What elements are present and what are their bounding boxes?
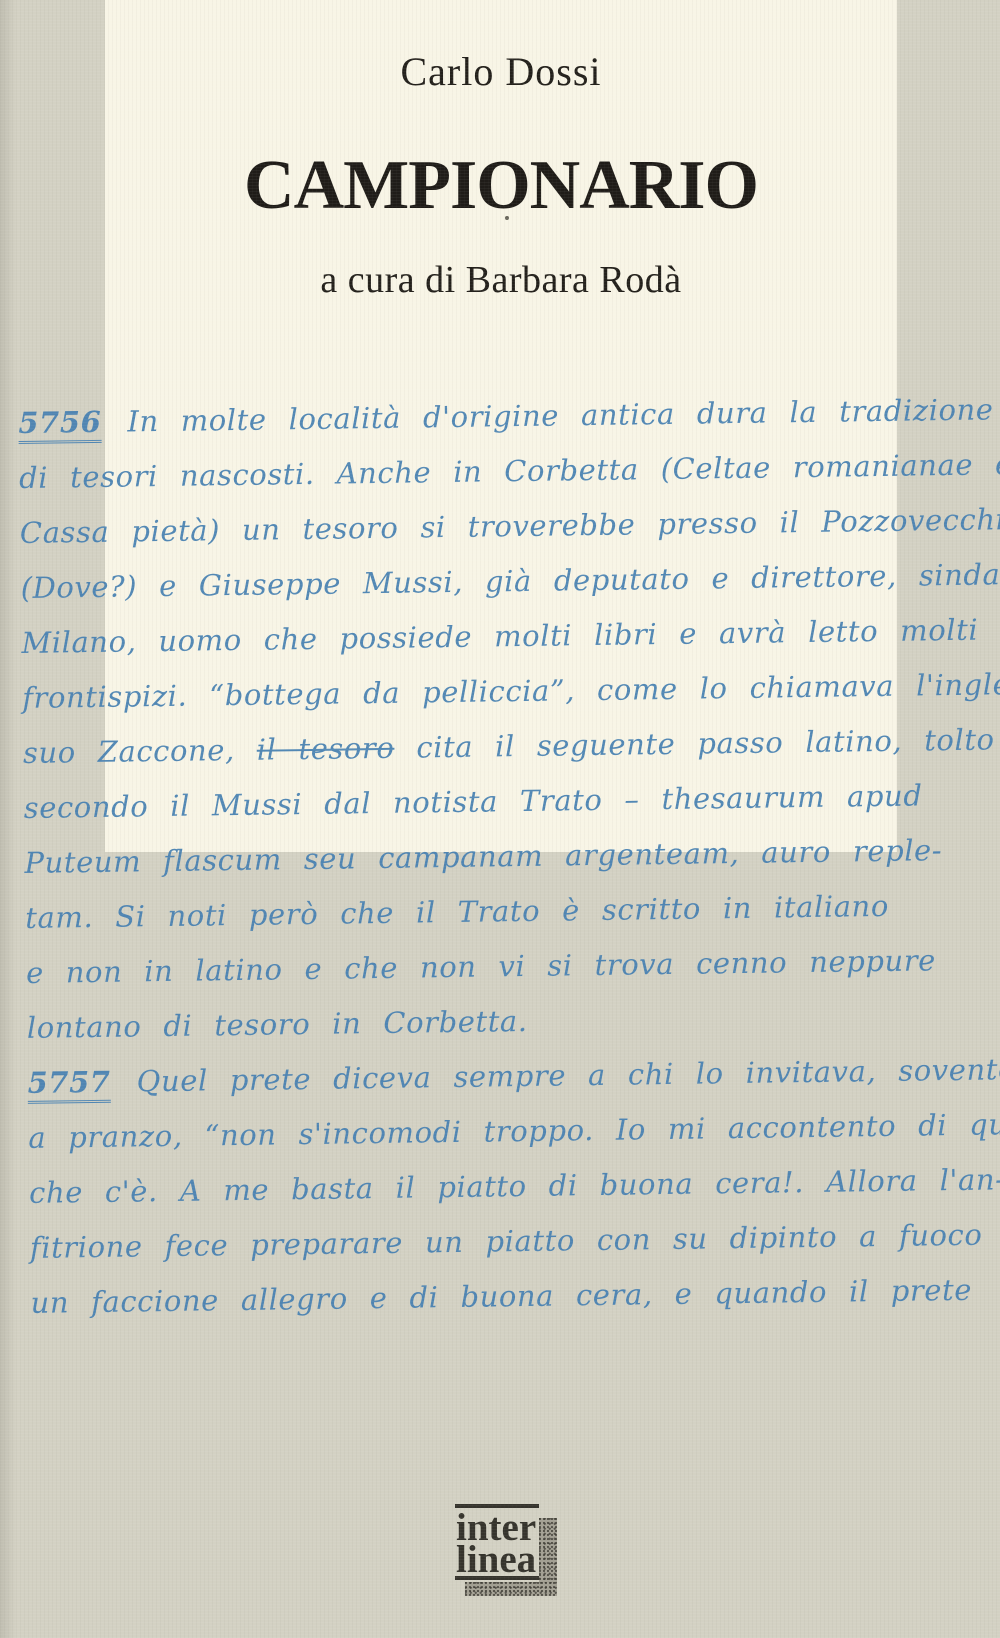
book-subtitle: a cura di Barbara Rodà	[105, 258, 897, 302]
spine-shadow	[0, 0, 16, 1638]
note-number-5756: 5756	[18, 405, 102, 444]
publisher-logo: inter linea	[455, 1504, 559, 1596]
manuscript-text: In molte località d'origine antica dura …	[127, 392, 994, 438]
logo-text-linea: linea	[456, 1544, 536, 1576]
manuscript-text: suo Zaccone,	[23, 733, 257, 770]
manuscript-text: cita il seguente passo latino, tolto	[394, 722, 995, 764]
book-title: CAMPIONARIO	[105, 146, 897, 226]
note-number-5757: 5757	[27, 1065, 111, 1104]
book-author: Carlo Dossi	[105, 48, 897, 95]
struck-word: il tesoro	[257, 731, 395, 767]
manuscript-text: Quel prete diceva sempre a chi lo invita…	[136, 1052, 1000, 1098]
logo-rule-bottom	[455, 1576, 539, 1580]
print-speck	[505, 216, 509, 220]
manuscript-block: 5756In molte località d'origine antica d…	[18, 382, 1000, 1331]
book-cover: Carlo Dossi CAMPIONARIO a cura di Barbar…	[0, 0, 1000, 1638]
logo-shadow-bottom	[465, 1582, 557, 1596]
